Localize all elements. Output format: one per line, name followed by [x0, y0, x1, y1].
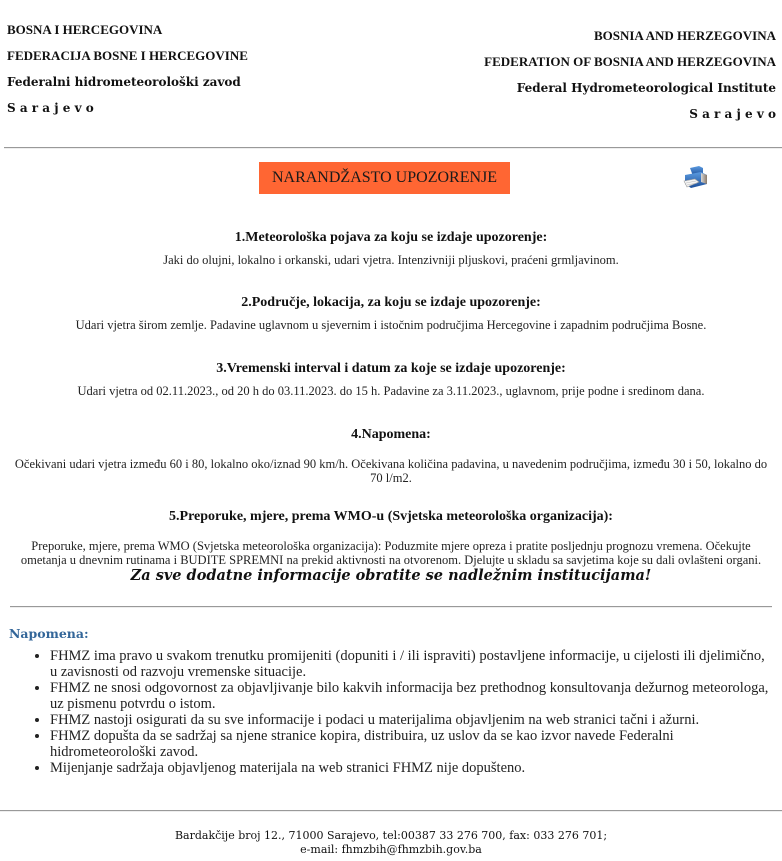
footer-address: Bardakčije broj 12., 71000 Sarajevo, tel… [0, 829, 782, 843]
disclaimer-list: FHMZ ima pravo u svakom trenutku promije… [30, 648, 770, 776]
header-right: BOSNIA AND HERZEGOVINA FEDERATION OF BOS… [484, 23, 776, 127]
header-left-federation: FEDERACIJA BOSNE I HERCEGOVINE [7, 43, 248, 69]
section-recommendations: 5.Preporuke, mjere, prema WMO-u (Svjetsk… [10, 508, 772, 585]
footer-email[interactable]: e-mail: fhmzbih@fhmzbih.gov.ba [0, 843, 782, 857]
disclaimer-item: FHMZ nastoji osigurati da su sve informa… [50, 712, 770, 728]
section-note: 4.Napomena: Očekivani udari vjetra izmeđ… [10, 426, 772, 485]
section-phenomenon: 1.Meteorološka pojava za koju se izdaje … [10, 229, 772, 267]
footer: Bardakčije broj 12., 71000 Sarajevo, tel… [0, 829, 782, 857]
section-title: 2.Područje, lokacija, za koju se izdaje … [10, 294, 772, 312]
section-time-interval: 3.Vremenski interval i datum za koje se … [10, 360, 772, 398]
disclaimer-item: Mijenjanje sadržaja objavljenog materija… [50, 760, 770, 776]
footer-divider [0, 810, 782, 812]
warning-level-badge: NARANDŽASTO UPOZORENJE [259, 162, 510, 194]
disclaimer-item: FHMZ dopušta da se sadržaj sa njene stra… [50, 728, 770, 760]
header-left-city: S a r a j e v o [7, 95, 248, 121]
header-right-institute: Federal Hydrometeorological Institute [484, 75, 776, 101]
header-left-country: BOSNA I HERCEGOVINA [7, 17, 248, 43]
disclaimer-item: FHMZ ne snosi odgovornost za objavljivan… [50, 680, 770, 712]
section-area: 2.Područje, lokacija, za koju se izdaje … [10, 294, 772, 332]
contact-institutions-note: Za sve dodatne informacije obratite se n… [10, 567, 772, 585]
header-right-federation: FEDERATION OF BOSNIA AND HERZEGOVINA [484, 49, 776, 75]
disclaimer-item: FHMZ ima pravo u svakom trenutku promije… [50, 648, 770, 680]
header-right-country: BOSNIA AND HERZEGOVINA [484, 23, 776, 49]
section-title: 3.Vremenski interval i datum za koje se … [10, 360, 772, 378]
section-body: Preporuke, mjere, prema WMO (Svjetska me… [10, 539, 772, 567]
section-body: Udari vjetra od 02.11.2023., od 20 h do … [10, 384, 772, 398]
header-left-institute: Federalni hidrometeorološki zavod [7, 69, 248, 95]
printer-icon[interactable] [681, 165, 709, 191]
section-title: 4.Napomena: [10, 426, 772, 444]
header-divider [4, 147, 782, 149]
content-divider [10, 606, 772, 608]
header-right-city: S a r a j e v o [484, 101, 776, 127]
disclaimer-title: Napomena: [9, 626, 89, 641]
section-body: Udari vjetra širom zemlje. Padavine ugla… [10, 318, 772, 332]
section-body: Jaki do olujni, lokalno i orkanski, udar… [10, 253, 772, 267]
header-left: BOSNA I HERCEGOVINA FEDERACIJA BOSNE I H… [7, 17, 248, 121]
section-title: 5.Preporuke, mjere, prema WMO-u (Svjetsk… [10, 508, 772, 526]
section-body: Očekivani udari vjetra između 60 i 80, l… [10, 457, 772, 485]
section-title: 1.Meteorološka pojava za koju se izdaje … [10, 229, 772, 247]
